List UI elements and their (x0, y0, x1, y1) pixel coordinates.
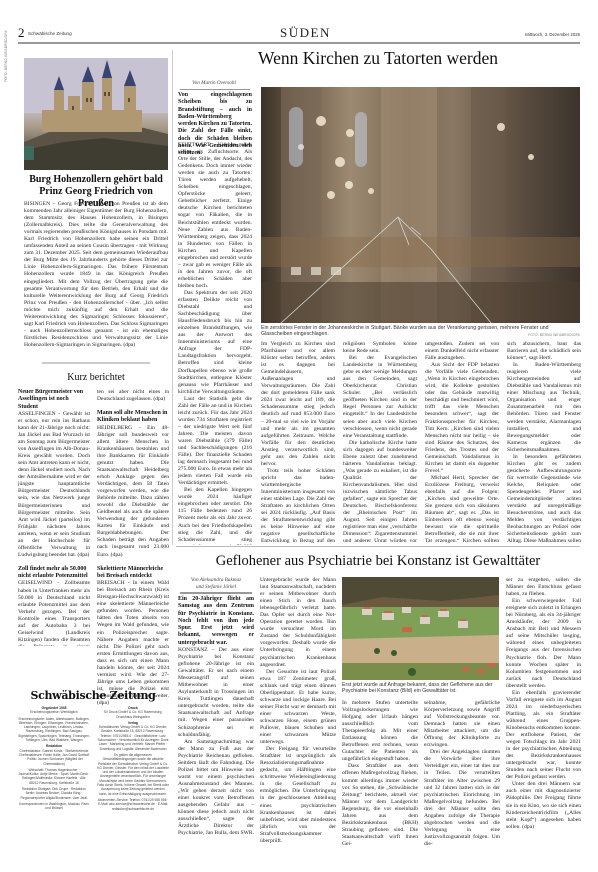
impressum-block: DruckSV Druck GmbH & Co. KG Ravensburg, … (97, 706, 169, 719)
brief-headline: Mann soll alte Menschen in Kliniken bekl… (97, 410, 169, 425)
psychiatrie-headline: Geflohener aus Psychiatrie bei Konstanz … (176, 553, 580, 570)
paragraph: Trotz teils hoher Schäden spricht das ba… (261, 468, 335, 545)
impressum-block: Abonnenten-Service: Telefon: 0751/29 555… (97, 798, 169, 811)
paragraph: Die katholische Kirche hatte sich dagege… (343, 440, 417, 545)
psychiatrie-col-1: KONSTANZ – Der aus einer Psychiatrie bei… (178, 647, 254, 872)
impressum-block: Korrespondenten in Washington, Moskau, P… (18, 802, 90, 811)
page-number: 2 (18, 25, 25, 41)
brief-body: ASSELFINGEN - Gewählt ist er schon, nur … (18, 411, 90, 559)
impressum-right: DruckSV Druck GmbH & Co. KG Ravensburg, … (97, 706, 169, 811)
impressum-text: Erscheinungsweise: Werktäglich (30, 710, 77, 714)
impressum-block: Es gelten die allgemeinen Geschäftsbedin… (97, 753, 169, 796)
issue-date: Mittwoch, 3. Dezember 2025 (525, 32, 580, 37)
section-title: SÜDEN (280, 25, 331, 41)
brief-column-1: Neuer Bürgermeister von Asselfingen ist … (18, 389, 90, 646)
photo-credit: FOTO: BERND WEIßBROD/DPA (4, 30, 8, 82)
impressum-text: SV Druck GmbH & Co. KG Ravensburg, Druck… (104, 710, 163, 718)
castle-photo (24, 58, 168, 170)
paragraph: religiösen Symbolen könne keine Rede sei… (343, 341, 417, 355)
impressum-text: Schwäbischer Verlag GmbH & Co. KG Drexle… (98, 725, 169, 750)
paragraph: Untergebracht wurde der Mann laut Staats… (260, 577, 336, 669)
brief-continuation: ten sei aber nicht eines in Deutschland … (97, 389, 169, 403)
psychiatrie-lead: Ein 20-Jähriger flieht am Samstag aus de… (178, 596, 254, 647)
paragraph: STUTTGART – Kirchen gelten vielen als Zu… (178, 142, 252, 290)
paragraph: sich abzusichern, baut das Barrieren auf… (507, 341, 581, 362)
section-rule (176, 546, 580, 547)
psychiatrie-col-4: selnahme, gefährliche Körperverletzung s… (424, 700, 500, 872)
brief-body: GEISELWIND - Zollbeamte haben in Unterfr… (18, 580, 90, 646)
impressum-block: Gegründet 1945Erscheinungsweise: Werktäg… (18, 706, 90, 715)
paragraph: Im Vergleich zu Kirchen sind Pfarrhäuser… (261, 341, 335, 468)
paper-name: Schwäbische Zeitung (28, 31, 72, 36)
impressum-text: Wirtschaft: Thomas Hagenbucher · Journal… (18, 768, 90, 785)
brief-headline: Zoll findet mehr als 50.000 nicht erlaub… (18, 566, 90, 581)
column-rule (172, 50, 173, 545)
kirchen-col-3: religiösen Symbolen könne keine Rede sei… (343, 341, 417, 545)
paragraph: Laut der Statistik geht die Zahl der Fäl… (178, 396, 252, 488)
paragraph: Bei der Evangelischen Landeskirche in Wü… (343, 355, 417, 440)
church-window-photo (261, 87, 580, 323)
castle-icon (24, 58, 168, 170)
brief-headline: Neuer Bürgermeister von Asselfingen ist … (18, 389, 90, 411)
byline-author-2: und Stefanie Järkel (178, 584, 254, 591)
paragraph: Dass Straftäter aus dem offenen Maßregel… (342, 763, 418, 848)
psychiatrie-col-2: Untergebracht wurde der Mann laut Staats… (260, 577, 336, 872)
impressum-text: Chefredakteur: Gabriel Kords · Stellvert… (19, 749, 89, 766)
paragraph: In Baden-Württemberg reagieren viele Kir… (507, 362, 581, 454)
kirchen-col-4: umgestoßen. Zudem sei von einem Dunkelfe… (425, 341, 499, 545)
paragraph: Der Gesuchte ist laut Polizei etwa 187 Z… (260, 669, 336, 747)
paragraph: Bei den Kapellen hingegen wurde 2024 häu… (178, 487, 252, 545)
impressum-text: Abonnenten-Service: Telefon: 0751/29 555… (98, 798, 169, 811)
impressum-block: VerlagSchwäbischer Verlag GmbH & Co. KG … (97, 721, 169, 751)
paragraph: In besonders gefährdeten Kirchen gibt es… (507, 454, 581, 545)
broken-glass-icon (261, 87, 580, 323)
paragraph: Am Samstagnachmittag war der Mann zu Fuß… (178, 739, 254, 838)
paragraph: KONSTANZ – Der aus einer Psychiatrie bei… (178, 647, 254, 739)
impressum-block: RedaktionChefredakteur: Gabriel Kords · … (18, 744, 90, 765)
brief-body: BREISACH - In einem Wald bei Breisach am… (97, 580, 169, 707)
divider (42, 362, 150, 364)
aerial-landscape-icon (342, 577, 499, 680)
paragraph: Das Spektrum der seit 2020 erfassten Del… (178, 290, 252, 396)
kirchen-headline: Wenn Kirchen zu Tatorten werden (176, 48, 580, 68)
impressum-block: Erscheinungsorte: Aalen, Alteshausen, Ba… (18, 717, 90, 743)
impressum-left: Gegründet 1945Erscheinungsweise: Werktäg… (18, 706, 90, 811)
impressum-block: Redaktion Stuttgart: Dirk Grupe · Redakt… (18, 787, 90, 800)
kurz-berichtet-title: Kurz berichtet (24, 372, 168, 383)
paragraph: selnahme, gefährliche Körperverletzung s… (424, 700, 500, 749)
paragraph: Ein ebenfalls gravierender Vorfall ereig… (506, 690, 581, 782)
brief-headline: Skelettierte Männerleiche bei Breisach e… (97, 566, 169, 581)
impressum-text: Korrespondenten in Washington, Moskau, P… (19, 802, 89, 810)
psychiatrie-col-5: ser zu entgehen, sollen die Männer den E… (506, 577, 581, 872)
psychiatrie-byline: Von Aleksandra Bakmaz und Stefanie Järke… (178, 577, 254, 590)
kirchen-col-1: STUTTGART – Kirchen gelten vielen als Zu… (178, 142, 252, 545)
paragraph: Michael Hertl, Sprecher der Erzdiözese F… (425, 475, 499, 545)
brief-column-2: ten sei aber nicht eines in Deutschland … (97, 389, 169, 707)
page-header: 2 Schwäbische Zeitung SÜDEN Mittwoch, 3.… (18, 24, 580, 44)
psychiatrie-photo-caption: Erst jetzt wurde auf Anfrage bekannt, da… (342, 682, 499, 695)
paragraph: Unter den drei Männern war auch einer mi… (506, 781, 581, 830)
paragraph: umgestoßen. Zudem sei von einem Dunkelfe… (425, 341, 499, 362)
kirchen-byline: Von Martin Oversohl (176, 80, 252, 86)
impressum-text: Redaktion Stuttgart: Dirk Grupe · Redakt… (21, 787, 88, 800)
paragraph: ser zu entgehen, sollen die Männer den E… (506, 577, 581, 598)
impressum-block: Wirtschaft: Thomas Hagenbucher · Journal… (18, 768, 90, 785)
hohenzollern-body: BISINGEN – Georg Friedrich Prinz von Pre… (24, 201, 168, 349)
headline-line-1: Burg Hohenzollern gehört bald (24, 174, 168, 186)
kirchen-col-2: Im Vergleich zu Kirchen sind Pfarrhäuser… (261, 341, 335, 545)
paragraph: Aus Sicht der FDP belasten die Vorfälle … (425, 362, 499, 475)
byline-rule (180, 89, 250, 90)
church-photo-credit: FOTO: BERND WEIßBROD/DPA (528, 333, 580, 337)
brief-body: HEIDELBERG - Ein 48-Jähriger soll bundes… (97, 425, 169, 559)
impressum-text: Erscheinungsorte: Aalen, Alteshausen, Ba… (18, 717, 90, 742)
impressum-text: Es gelten die allgemeinen Geschäftsbedin… (97, 753, 169, 796)
kirchen-col-5: sich abzusichern, baut das Barrieren auf… (507, 341, 581, 545)
paragraph: Drei der Angeklagten räumten die Vorwürf… (424, 749, 500, 848)
paragraph: In mehrere Stufen unterteilte Vollzugslo… (342, 700, 418, 763)
header-rule (18, 42, 580, 44)
paragraph: Ein schwerwiegender Fall ereignete sich … (506, 598, 581, 690)
byline-rule (180, 592, 252, 594)
paragraph: Der Freigang für verurteilte Straftäter … (260, 746, 336, 845)
psychiatrie-aerial-photo (342, 577, 499, 680)
psychiatrie-col-3: In mehrere Stufen unterteilte Vollzugslo… (342, 700, 418, 872)
impressum-logo: Schwäbische Zeitung (18, 689, 168, 702)
